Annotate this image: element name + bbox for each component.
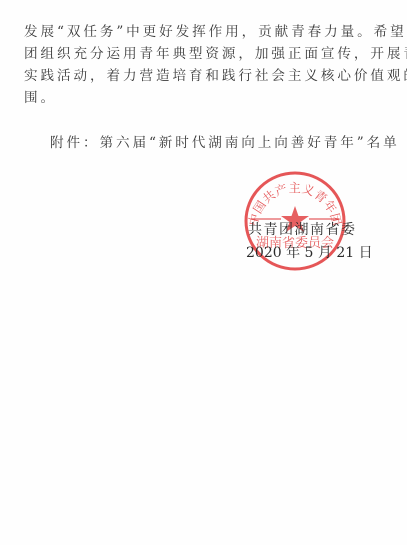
attachment-line: 附件：第六届“新时代湖南向上向善好青年”名单 [50, 135, 400, 151]
document-page: 发展“双任务”中更好发挥作用，贡献青春力量。希望全省各级 团组织充分运用青年典型… [0, 0, 407, 545]
body-line-2: 团组织充分运用青年典型资源，加强正面宣传，开展青少年道德 [24, 46, 386, 62]
signature-date: 2020 年 5 月 21 日 [246, 245, 373, 261]
body-line-3: 实践活动，着力营造培育和践行社会主义核心价值观的浓厚氛 [24, 68, 386, 84]
body-line-4: 围。 [24, 90, 386, 106]
signature-organization: 共青团湖南省委 [248, 222, 357, 238]
body-line-1: 发展“双任务”中更好发挥作用，贡献青春力量。希望全省各级 [24, 24, 386, 40]
